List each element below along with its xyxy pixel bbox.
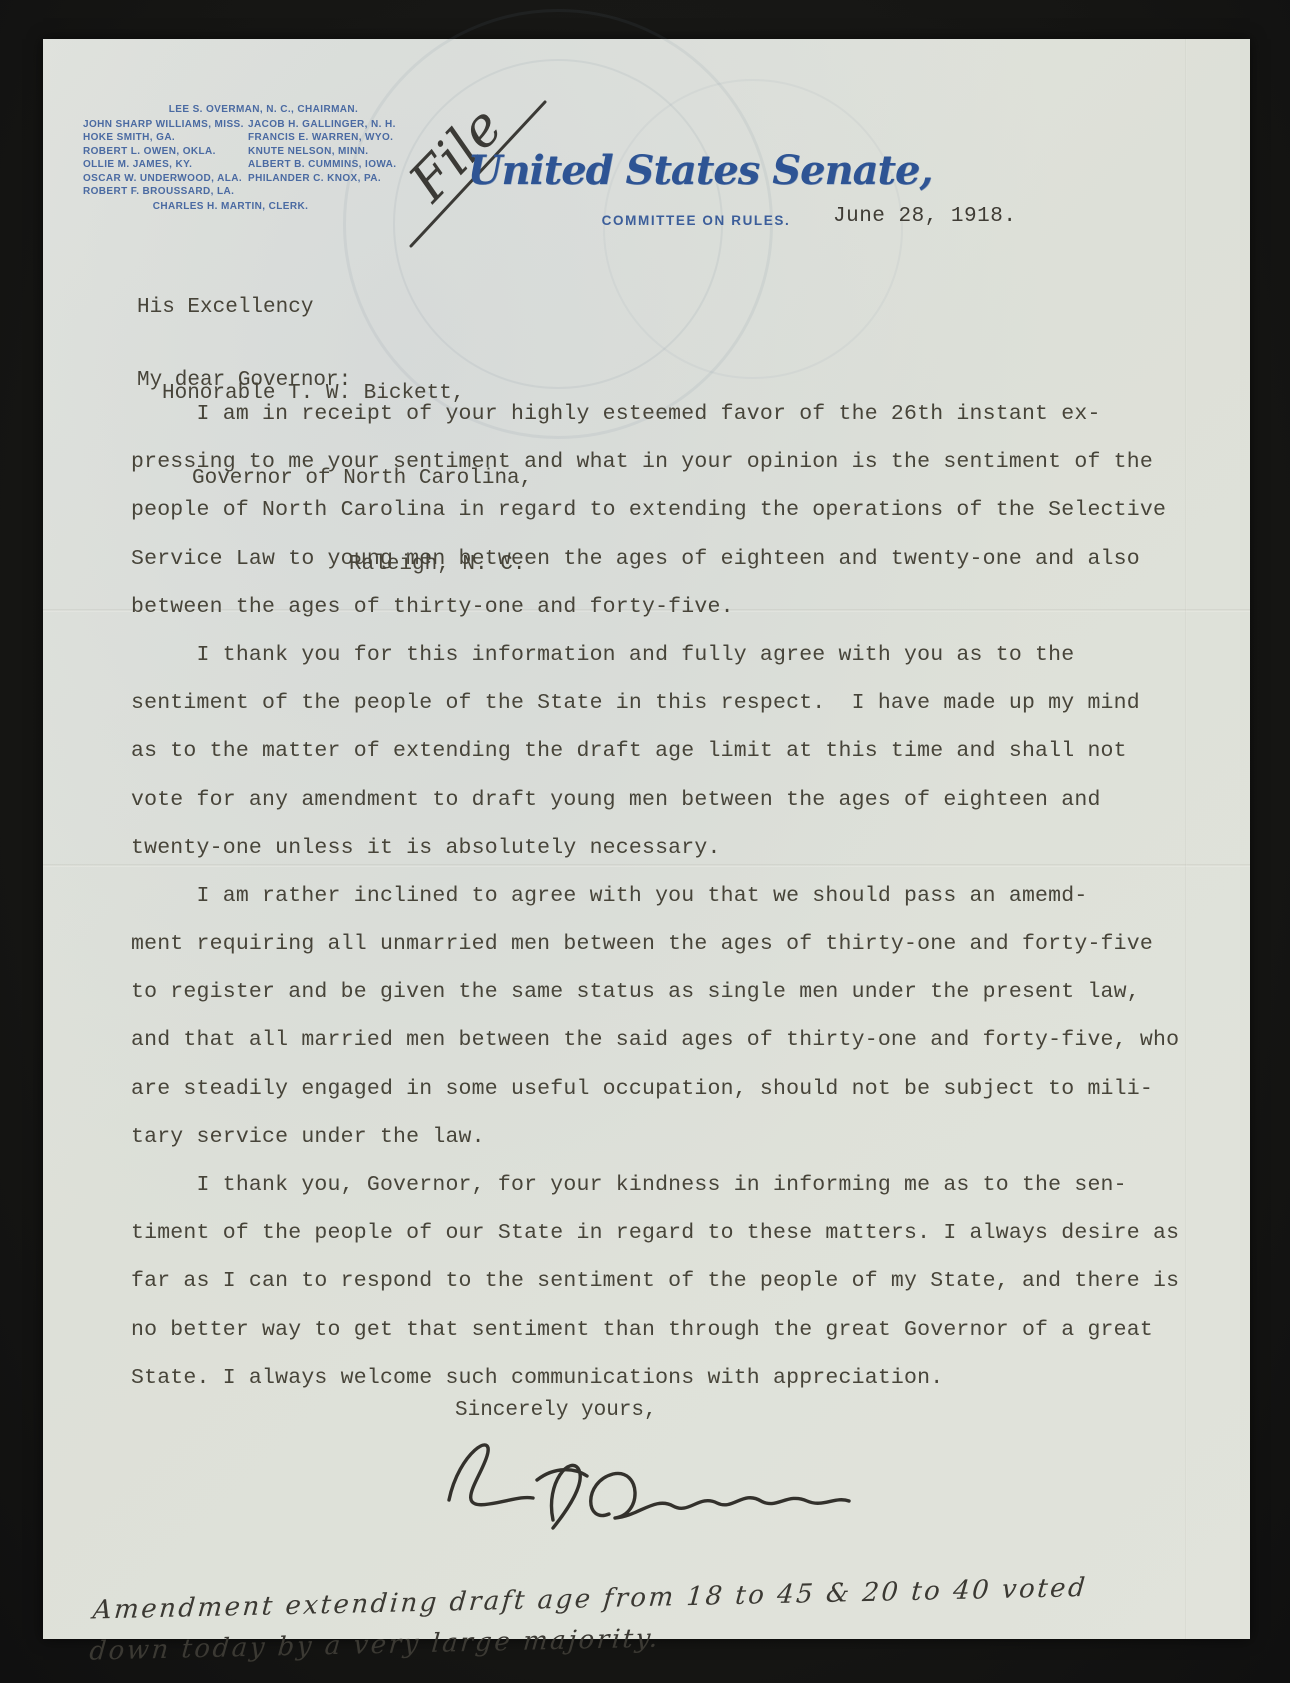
letter-body: I am in receipt of your highly esteemed …	[131, 402, 1211, 1414]
body-paragraph: I thank you, Governor, for your kindness…	[131, 1173, 1211, 1414]
embossed-seal-ghost-2	[603, 79, 903, 379]
letterhead-member: OSCAR W. UNDERWOOD, ALA.	[83, 172, 245, 186]
scanned-letter-photo: { "page": { "background_color": "#181816…	[0, 0, 1290, 1683]
body-line: no better way to get that sentiment than…	[131, 1318, 1211, 1366]
body-paragraph: I am in receipt of your highly esteemed …	[131, 402, 1211, 643]
body-paragraph: I thank you for this information and ful…	[131, 643, 1211, 884]
body-line: pressing to me your sentiment and what i…	[131, 450, 1211, 498]
body-paragraph: I am rather inclined to agree with you t…	[131, 884, 1211, 1173]
letter-page: LEE S. OVERMAN, N. C., CHAIRMAN. JOHN SH…	[43, 39, 1250, 1639]
date-line: June 28, 1918.	[833, 205, 1016, 228]
letterhead-members-left: JOHN SHARP WILLIAMS, MISS.HOKE SMITH, GA…	[83, 118, 245, 199]
body-line: are steadily engaged in some useful occu…	[131, 1077, 1211, 1125]
signature-stroke-overman	[591, 1473, 849, 1518]
body-line: tary service under the law.	[131, 1125, 1211, 1173]
letterhead-member: OLLIE M. JAMES, KY.	[83, 158, 245, 172]
body-line: State. I always welcome such communicati…	[131, 1366, 1211, 1414]
letterhead-member: JOHN SHARP WILLIAMS, MISS.	[83, 118, 245, 132]
letterhead-member: ROBERT F. BROUSSARD, LA.	[83, 185, 245, 199]
body-line: timent of the people of our State in reg…	[131, 1221, 1211, 1269]
body-line: between the ages of thirty-one and forty…	[131, 595, 1211, 643]
letterhead-title: United States Senate,	[440, 147, 960, 194]
body-line: far as I can to respond to the sentiment…	[131, 1269, 1211, 1317]
body-line: to register and be given the same status…	[131, 980, 1211, 1028]
closing: Sincerely yours,	[455, 1399, 657, 1422]
body-line: as to the matter of extending the draft …	[131, 739, 1211, 787]
body-line: sentiment of the people of the State in …	[131, 691, 1211, 739]
signature-lee-s-overman	[433, 1424, 863, 1539]
recipient-line: His Excellency	[137, 294, 532, 323]
body-line: ment requiring all unmarried men between…	[131, 932, 1211, 980]
body-line: I am rather inclined to agree with you t…	[131, 884, 1211, 932]
body-line: and that all married men between the sai…	[131, 1028, 1211, 1076]
body-line: I thank you for this information and ful…	[131, 643, 1211, 691]
body-line: people of North Carolina in regard to ex…	[131, 498, 1211, 546]
body-line: I thank you, Governor, for your kindness…	[131, 1173, 1211, 1221]
salutation: My dear Governor:	[137, 369, 351, 392]
body-line: vote for any amendment to draft young me…	[131, 788, 1211, 836]
signature-stroke-s	[551, 1465, 580, 1528]
body-line: Service Law to young men between the age…	[131, 547, 1211, 595]
signature-stroke-lee	[449, 1445, 533, 1505]
letterhead-committee: COMMITTEE ON RULES.	[602, 213, 791, 228]
handwritten-annotation: Amendment extending draft age from 18 to…	[88, 1567, 1114, 1672]
body-line: I am in receipt of your highly esteemed …	[131, 402, 1211, 450]
letterhead-member: HOKE SMITH, GA.	[83, 131, 245, 145]
body-line: twenty-one unless it is absolutely neces…	[131, 836, 1211, 884]
letterhead-member: ROBERT L. OWEN, OKLA.	[83, 145, 245, 159]
